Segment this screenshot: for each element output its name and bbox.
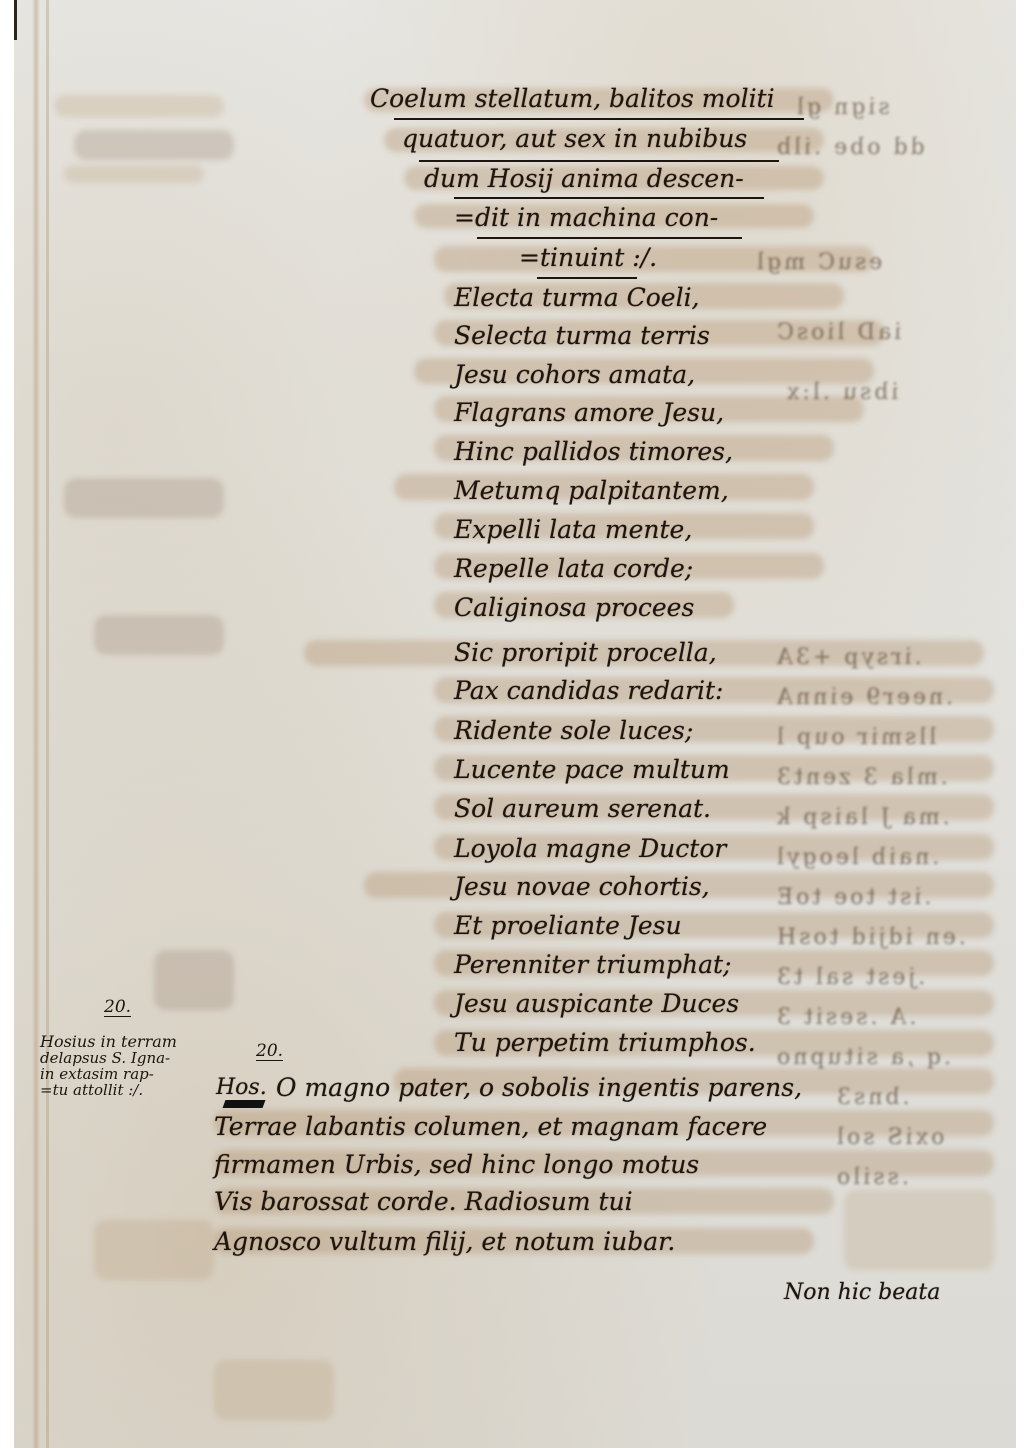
verse-line: Sic proripit procella, — [454, 638, 717, 667]
verse-line: Jesu novae cohortis, — [454, 872, 710, 901]
header-line: dum Hosij anima descen- — [424, 164, 744, 193]
verse-line: Jesu cohors amata, — [454, 360, 695, 389]
page-fold-crease — [46, 0, 49, 1448]
margin-note-line: in extasim rap- — [40, 1066, 154, 1082]
verse-line: Et proeliante Jesu — [454, 911, 682, 940]
verse-line: Hinc pallidos timores, — [454, 437, 733, 466]
verse-line: Perenniter triumphat; — [454, 950, 731, 979]
page-fold-line — [32, 0, 40, 1448]
header-line: quatuor, aut sex in nubibus — [402, 124, 747, 153]
verse-line: Caliginosa procees — [454, 593, 694, 622]
margin-note-line: =tu attollit :/. — [40, 1082, 143, 1098]
verse-line: Sol aureum serenat. — [454, 794, 711, 823]
header-line: =tinuint :/. — [519, 243, 657, 272]
margin-note-line: delapsus S. Igna- — [40, 1050, 170, 1066]
underline-rule — [454, 197, 764, 199]
verse-line: Jesu auspicante Duces — [454, 989, 739, 1018]
prose-line: firmamen Urbis, sed hinc longo motus — [214, 1150, 699, 1179]
prose-line: Agnosco vultum filij, et notum iubar. — [214, 1227, 675, 1256]
verse-line: Repelle lata corde; — [454, 554, 693, 583]
verse-line: Selecta turma terris — [454, 321, 710, 350]
prose-line: Terrae labantis columen, et magnam facer… — [214, 1112, 767, 1141]
speaker-label: Hos. — [216, 1075, 267, 1100]
header-line: =dit in machina con- — [454, 203, 718, 232]
manuscript-page: sign gl dd obe .ilb esuC mgl iaD liosC i… — [14, 0, 1016, 1448]
verse-line: Lucente pace multum — [454, 755, 730, 784]
verse-line: Flagrans amore Jesu, — [454, 398, 724, 427]
verse-line: Ridente sole luces; — [454, 716, 693, 745]
verse-line: Expelli lata mente, — [454, 515, 692, 544]
verse-line: Tu perpetim triumphos. — [454, 1028, 756, 1057]
prose-line: O magno pater, o sobolis ingentis parens… — [276, 1073, 802, 1102]
underline-rule — [537, 277, 637, 279]
header-line: Coelum stellatum, balitos moliti — [370, 84, 775, 113]
margin-note-line: Hosius in terram — [40, 1034, 177, 1050]
binding-edge-shadow — [14, 0, 17, 40]
underline-rule — [477, 237, 742, 239]
verse-line: Electa turma Coeli, — [454, 283, 700, 312]
margin-section-number: 20. — [104, 998, 131, 1017]
verse-line: Pax candidas redarit: — [454, 676, 723, 705]
verse-line: Metumq palpitantem, — [454, 476, 729, 505]
underline-rule — [419, 160, 779, 162]
prose-line: Vis barossat corde. Radiosum tui — [214, 1187, 633, 1216]
section-number: 20. — [256, 1042, 283, 1061]
catchword: Non hic beata — [784, 1280, 940, 1305]
verse-line: Loyola magne Ductor — [454, 834, 726, 863]
underline-rule — [394, 118, 804, 120]
speaker-underline-mark — [223, 1100, 266, 1108]
